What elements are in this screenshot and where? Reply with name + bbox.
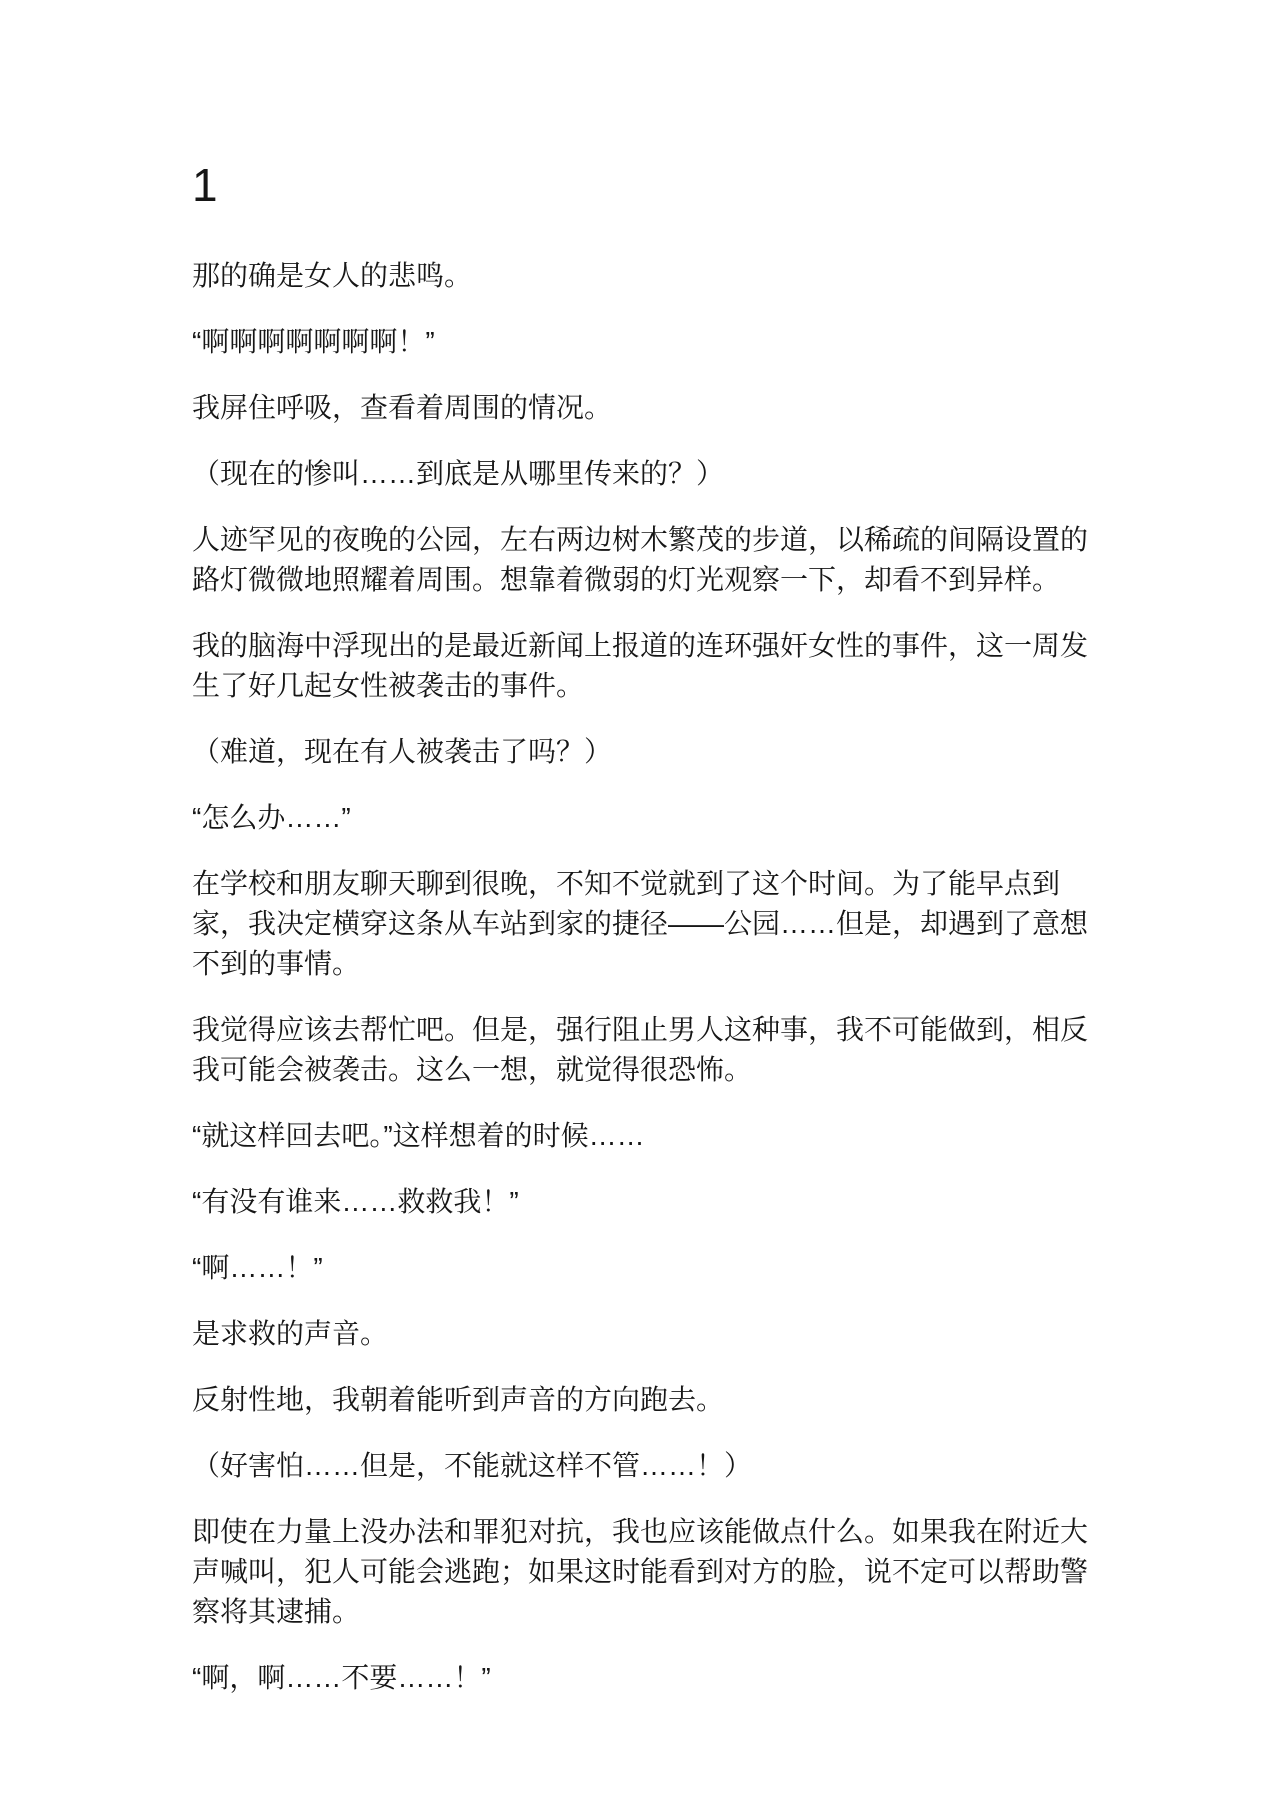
paragraph: 我屏住呼吸，查看着周围的情况。 <box>192 388 1092 428</box>
paragraph: 那的确是女人的悲鸣。 <box>192 256 1092 296</box>
paragraph-inner-thought: （现在的惨叫……到底是从哪里传来的？） <box>192 454 1092 494</box>
paragraph-inner-thought: （难道，现在有人被袭击了吗？） <box>192 732 1092 772</box>
paragraph-dialogue: “啊，啊……不要……！” <box>192 1658 1092 1698</box>
chapter-body: 那的确是女人的悲鸣。 “啊啊啊啊啊啊啊！” 我屏住呼吸，查看着周围的情况。 （现… <box>192 256 1092 1698</box>
paragraph-dialogue: “怎么办……” <box>192 798 1092 838</box>
paragraph-dialogue: “有没有谁来……救救我！” <box>192 1182 1092 1222</box>
paragraph: 反射性地，我朝着能听到声音的方向跑去。 <box>192 1380 1092 1420</box>
paragraph: 是求救的声音。 <box>192 1314 1092 1354</box>
paragraph: 在学校和朋友聊天聊到很晚，不知不觉就到了这个时间。为了能早点到家，我决定横穿这条… <box>192 864 1092 984</box>
paragraph: 人迹罕见的夜晚的公园，左右两边树木繁茂的步道，以稀疏的间隔设置的路灯微微地照耀着… <box>192 520 1092 600</box>
novel-page: 1 那的确是女人的悲鸣。 “啊啊啊啊啊啊啊！” 我屏住呼吸，查看着周围的情况。 … <box>0 0 1280 1810</box>
paragraph-dialogue: “啊……！” <box>192 1248 1092 1288</box>
paragraph: 我的脑海中浮现出的是最近新闻上报道的连环强奸女性的事件，这一周发生了好几起女性被… <box>192 626 1092 706</box>
chapter-number: 1 <box>192 162 1092 208</box>
paragraph-dialogue: “就这样回去吧。”这样想着的时候…… <box>192 1116 1092 1156</box>
paragraph: 即使在力量上没办法和罪犯对抗，我也应该能做点什么。如果我在附近大声喊叫，犯人可能… <box>192 1512 1092 1632</box>
paragraph-inner-thought: （好害怕……但是，不能就这样不管……！） <box>192 1446 1092 1486</box>
paragraph: 我觉得应该去帮忙吧。但是，强行阻止男人这种事，我不可能做到，相反我可能会被袭击。… <box>192 1010 1092 1090</box>
paragraph-dialogue: “啊啊啊啊啊啊啊！” <box>192 322 1092 362</box>
